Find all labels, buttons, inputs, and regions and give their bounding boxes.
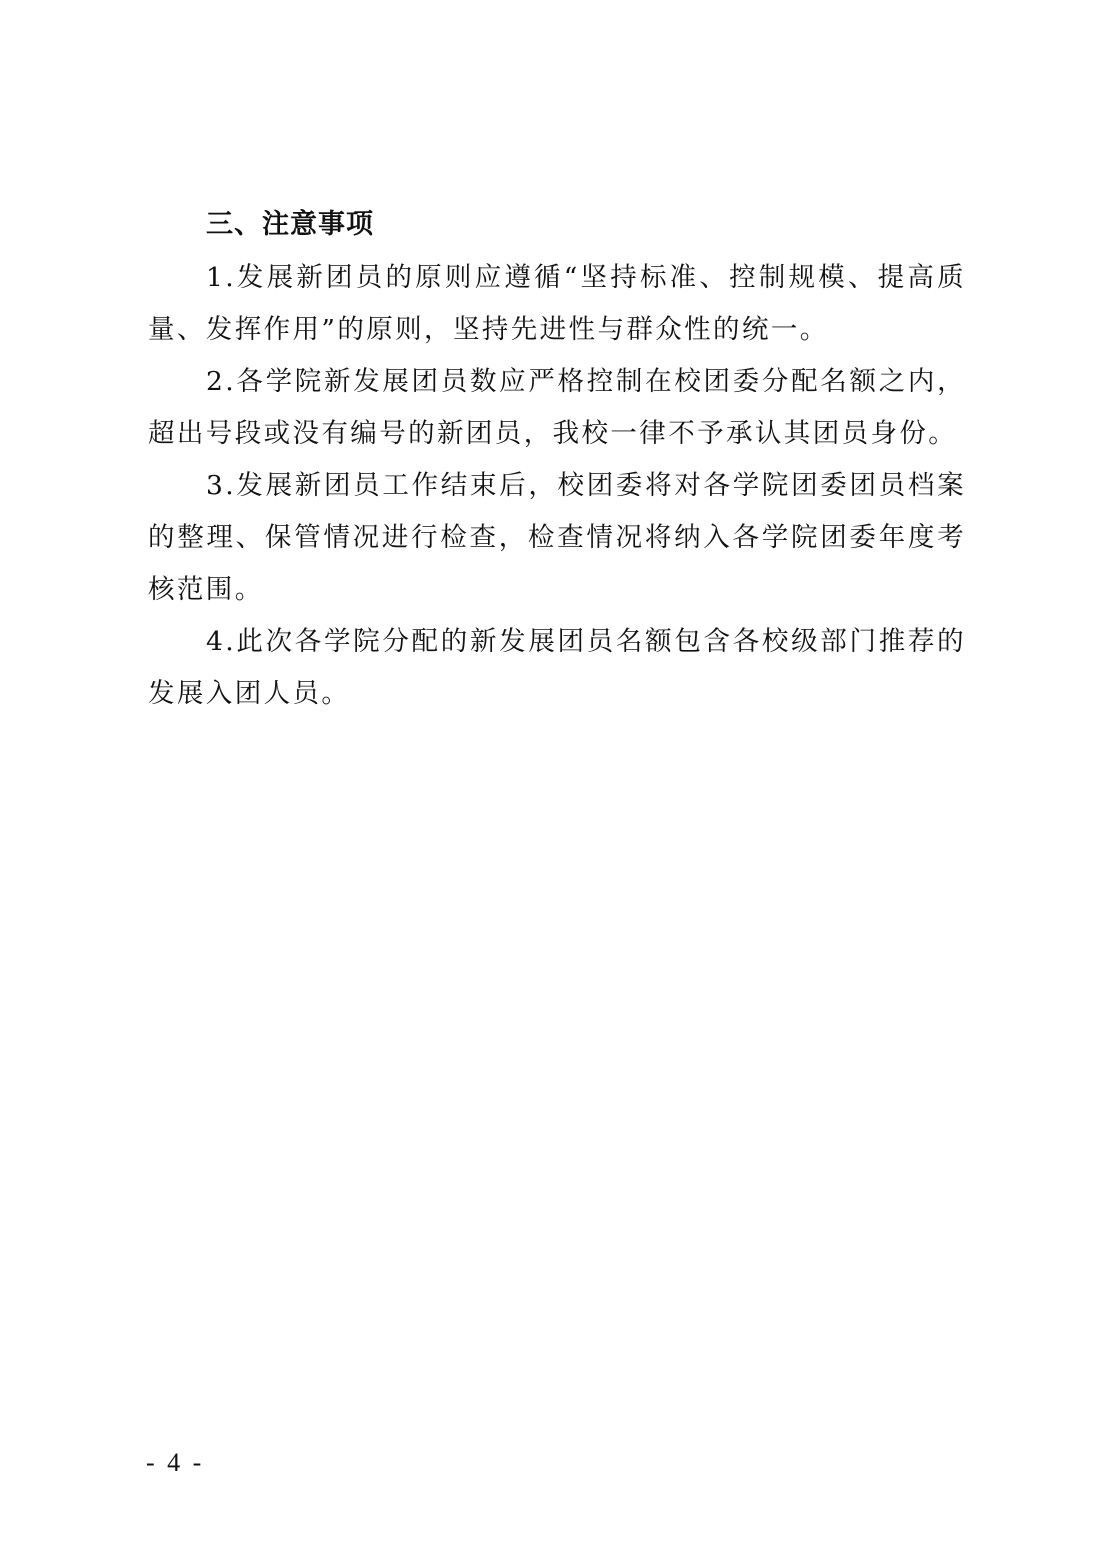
notice-item-2: 2.各学院新发展团员数应严格控制在校团委分配名额之内，超出号段或没有编号的新团员… [148,356,966,460]
section-heading: 三、注意事项 [148,198,966,252]
notice-item-3: 3.发展新团员工作结束后，校团委将对各学院团委团员档案的整理、保管情况进行检查，… [148,460,966,616]
page-number: - 4 - [146,1448,204,1478]
document-body: 三、注意事项 1.发展新团员的原则应遵循“坚持标准、控制规模、提高质量、发挥作用… [148,198,966,720]
notice-item-4: 4.此次各学院分配的新发展团员名额包含各校级部门推荐的发展入团人员。 [148,616,966,720]
notice-item-1: 1.发展新团员的原则应遵循“坚持标准、控制规模、提高质量、发挥作用”的原则，坚持… [148,252,966,356]
